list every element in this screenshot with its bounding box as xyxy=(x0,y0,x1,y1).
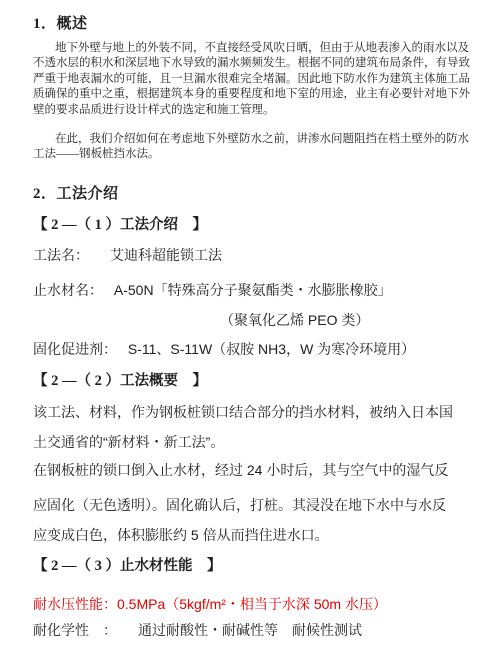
subsection-2-3-heading: 【 2 —（ 3 ）止水材性能 】 xyxy=(33,557,222,575)
document-page: 1．概述 地下外壁与地上的外装不同，不直接经受风吹日晒，但由于从地表渗入的雨水以… xyxy=(0,0,499,665)
stop-water-material-line-2: （聚氧化乙烯 PEO 类） xyxy=(220,312,369,330)
section-2-heading: 2．工法介绍 xyxy=(33,185,119,204)
overview-para1-line-1: 地下外壁与地上的外装不同，不直接经受风吹日晒，但由于从地表渗入的雨水以及 xyxy=(55,41,469,55)
overview-para2-line-1: 在此，我们介绍如何在考虑地下外壁防水之前，讲渗水问题阻挡在档土壁外的防水 xyxy=(55,132,469,146)
section-1-heading: 1．概述 xyxy=(33,15,88,34)
outline-para1-line-2: 土交通省的“新材料・新工法”。 xyxy=(33,434,224,452)
stop-water-material-line: 止水材名： A-50N「特殊高分子聚氨酯类・水膨胀橡胶」 xyxy=(33,282,392,300)
overview-para1-line-5: 壁的要求品质进行设计样式的选定和施工管理。 xyxy=(33,103,275,117)
overview-para1-line-2: 不透水层的积水和深层地下水导致的漏水频频发生。根据不同的建筑布局条件，有导致 xyxy=(33,56,470,70)
water-pressure-performance-line: 耐水压性能：0.5MPa（5kgf/m²・相当于水深 50m 水压） xyxy=(33,596,387,614)
method-name-line: 工法名： 艾迪科超能锁工法 xyxy=(33,247,222,265)
curing-accelerator-line: 固化促进剂： S-11、S-11W（叔胺 NH3，W 为寒冷环境用） xyxy=(33,341,415,359)
overview-para1-line-3: 严重于地表漏水的可能，且一旦漏水很难完全堵漏。因此地下防水作为建筑主体施工品 xyxy=(33,72,470,86)
overview-para2-line-2: 工法——钢板桩挡水法。 xyxy=(33,147,160,161)
subsection-2-1-heading: 【 2 —（ 1 ）工法介绍 】 xyxy=(33,216,207,234)
subsection-2-2-heading: 【 2 —（ 2 ）工法概要 】 xyxy=(33,372,207,390)
outline-para2-line-2: 应固化（无色透明）。固化确认后，打桩。其浸没在地下水中与水反 xyxy=(33,497,446,515)
chemical-resistance-line: 耐化学性 ： 通过耐酸性・耐碱性等 耐候性测试 xyxy=(33,622,362,640)
overview-para1-line-4: 质确保的重中之重，根据建筑本身的重要程度和地下室的用途，业主有必要针对地下外 xyxy=(33,87,470,101)
outline-para2-line-3: 应变成白色，体积膨胀约 5 倍从而挡住进水口。 xyxy=(33,527,329,545)
outline-para1-line-1: 该工法、材料，作为钢板桩锁口结合部分的挡水材料，被纳入日本国 xyxy=(33,404,453,422)
outline-para2-line-1: 在钢板桩的锁口倒入止水材，经过 24 小时后，其与空气中的湿气反 xyxy=(33,462,448,480)
